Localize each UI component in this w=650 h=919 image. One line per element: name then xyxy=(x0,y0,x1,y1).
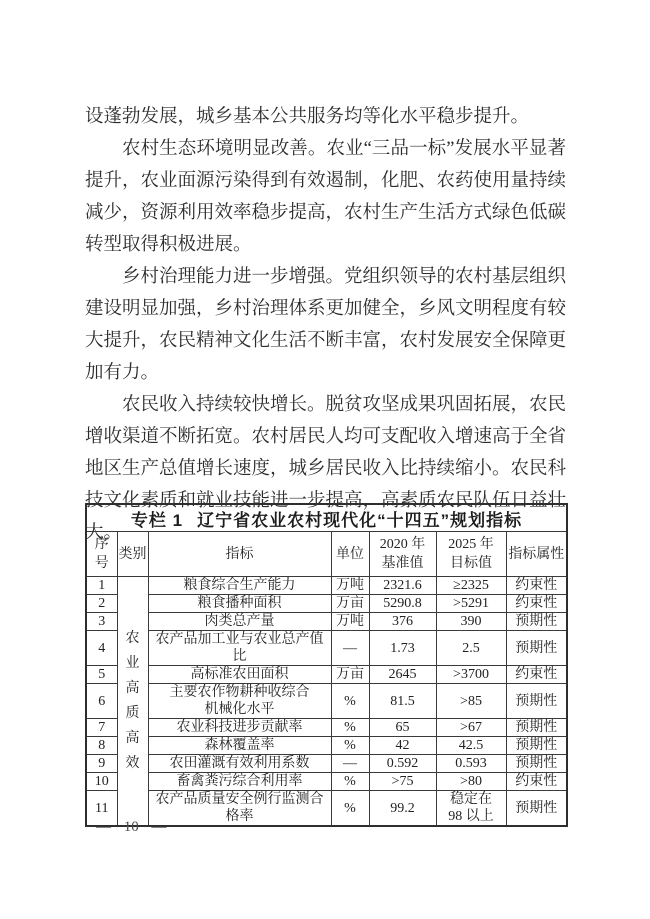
table-row: 6主要农作物耕种收综合机械化水平%81.5>85预期性 xyxy=(86,684,567,719)
cell-no: 8 xyxy=(86,737,117,755)
cell-attribute: 预期性 xyxy=(506,791,567,827)
cell-attribute: 约束性 xyxy=(506,773,567,791)
cell-no: 2 xyxy=(86,595,117,613)
cell-unit: % xyxy=(331,791,369,827)
table-body: 1农业高质高效粮食综合生产能力万吨2321.6≥2325约束性2粮食播种面积万亩… xyxy=(86,577,567,827)
cell-base-2020: 0.592 xyxy=(369,755,436,773)
cell-indicator: 肉类总产量 xyxy=(148,613,331,631)
cell-no: 7 xyxy=(86,719,117,737)
cell-no: 10 xyxy=(86,773,117,791)
cell-indicator: 粮食综合生产能力 xyxy=(148,577,331,595)
cell-unit: 万吨 xyxy=(331,613,369,631)
cell-base-2020: 42 xyxy=(369,737,436,755)
panel-title-row: 专栏 1辽宁省农业农村现代化“十四五”规划指标 xyxy=(86,504,567,532)
cell-base-2020: 2645 xyxy=(369,666,436,684)
cell-target-2025: >85 xyxy=(436,684,506,719)
cell-target-2025: 390 xyxy=(436,613,506,631)
indicator-panel: 专栏 1辽宁省农业农村现代化“十四五”规划指标 序号类别指标单位2020 年基准… xyxy=(85,503,566,827)
cell-attribute: 约束性 xyxy=(506,595,567,613)
cell-no: 3 xyxy=(86,613,117,631)
table-row: 9农田灌溉有效利用系数—0.5920.593预期性 xyxy=(86,755,567,773)
table-row: 7农业科技进步贡献率%65>67预期性 xyxy=(86,719,567,737)
cell-no: 5 xyxy=(86,666,117,684)
paragraph: 设蓬勃发展，城乡基本公共服务均等化水平稳步提升。 xyxy=(85,101,566,133)
cell-attribute: 预期性 xyxy=(506,755,567,773)
cell-indicator: 主要农作物耕种收综合机械化水平 xyxy=(148,684,331,719)
cell-unit: 万亩 xyxy=(331,595,369,613)
cell-unit: % xyxy=(331,684,369,719)
cell-target-2025: ≥2325 xyxy=(436,577,506,595)
column-header: 指标属性 xyxy=(506,532,567,577)
page-number: — 10 — xyxy=(96,819,167,836)
column-header: 2025 年目标值 xyxy=(436,532,506,577)
table-row: 10畜禽粪污综合利用率%>75>80约束性 xyxy=(86,773,567,791)
paragraph: 乡村治理能力进一步增强。党组织领导的农村基层组织建设明显加强，乡村治理体系更加健… xyxy=(85,261,566,389)
column-header: 2020 年基准值 xyxy=(369,532,436,577)
cell-target-2025: >3700 xyxy=(436,666,506,684)
column-header: 序号 xyxy=(86,532,117,577)
cell-target-2025: 2.5 xyxy=(436,631,506,666)
cell-attribute: 预期性 xyxy=(506,631,567,666)
cell-unit: 万亩 xyxy=(331,666,369,684)
cell-target-2025: >67 xyxy=(436,719,506,737)
cell-attribute: 预期性 xyxy=(506,684,567,719)
cell-base-2020: 5290.8 xyxy=(369,595,436,613)
body-text: 设蓬勃发展，城乡基本公共服务均等化水平稳步提升。 农村生态环境明显改善。农业“三… xyxy=(85,101,566,549)
table-row: 2粮食播种面积万亩5290.8>5291约束性 xyxy=(86,595,567,613)
cell-target-2025: 42.5 xyxy=(436,737,506,755)
column-header: 指标 xyxy=(148,532,331,577)
cell-indicator: 农田灌溉有效利用系数 xyxy=(148,755,331,773)
cell-attribute: 预期性 xyxy=(506,613,567,631)
category-cell: 农业高质高效 xyxy=(117,577,148,827)
cell-base-2020: >75 xyxy=(369,773,436,791)
cell-unit: — xyxy=(331,755,369,773)
cell-indicator: 农产品质量安全例行监测合格率 xyxy=(148,791,331,827)
cell-no: 9 xyxy=(86,755,117,773)
cell-indicator: 畜禽粪污综合利用率 xyxy=(148,773,331,791)
panel-title: 专栏 1辽宁省农业农村现代化“十四五”规划指标 xyxy=(86,504,567,532)
cell-unit: % xyxy=(331,773,369,791)
cell-base-2020: 2321.6 xyxy=(369,577,436,595)
table-row: 3肉类总产量万吨376390预期性 xyxy=(86,613,567,631)
paragraph: 农村生态环境明显改善。农业“三品一标”发展水平显著提升，农业面源污染得到有效遏制… xyxy=(85,133,566,261)
cell-indicator: 高标准农田面积 xyxy=(148,666,331,684)
cell-indicator: 森林覆盖率 xyxy=(148,737,331,755)
column-header: 类别 xyxy=(117,532,148,577)
cell-no: 1 xyxy=(86,577,117,595)
cell-target-2025: 稳定在98 以上 xyxy=(436,791,506,827)
cell-target-2025: >80 xyxy=(436,773,506,791)
table-row: 8森林覆盖率%4242.5预期性 xyxy=(86,737,567,755)
cell-no: 6 xyxy=(86,684,117,719)
cell-indicator: 农产品加工业与农业总产值比 xyxy=(148,631,331,666)
cell-attribute: 预期性 xyxy=(506,737,567,755)
cell-target-2025: 0.593 xyxy=(436,755,506,773)
cell-attribute: 预期性 xyxy=(506,719,567,737)
cell-base-2020: 99.2 xyxy=(369,791,436,827)
cell-unit: % xyxy=(331,737,369,755)
cell-base-2020: 81.5 xyxy=(369,684,436,719)
cell-unit: — xyxy=(331,631,369,666)
cell-base-2020: 1.73 xyxy=(369,631,436,666)
cell-target-2025: >5291 xyxy=(436,595,506,613)
table-header-row: 序号类别指标单位2020 年基准值2025 年目标值指标属性 xyxy=(86,532,567,577)
panel-title-label: 专栏 1 xyxy=(131,511,183,530)
cell-indicator: 粮食播种面积 xyxy=(148,595,331,613)
indicator-table: 专栏 1辽宁省农业农村现代化“十四五”规划指标 序号类别指标单位2020 年基准… xyxy=(85,503,568,827)
cell-attribute: 约束性 xyxy=(506,577,567,595)
cell-no: 4 xyxy=(86,631,117,666)
cell-base-2020: 376 xyxy=(369,613,436,631)
cell-unit: 万吨 xyxy=(331,577,369,595)
document-page: 设蓬勃发展，城乡基本公共服务均等化水平稳步提升。 农村生态环境明显改善。农业“三… xyxy=(0,0,650,919)
cell-unit: % xyxy=(331,719,369,737)
cell-indicator: 农业科技进步贡献率 xyxy=(148,719,331,737)
table-row: 5高标准农田面积万亩2645>3700约束性 xyxy=(86,666,567,684)
cell-base-2020: 65 xyxy=(369,719,436,737)
column-header: 单位 xyxy=(331,532,369,577)
panel-title-text: 辽宁省农业农村现代化“十四五”规划指标 xyxy=(197,511,522,530)
cell-attribute: 约束性 xyxy=(506,666,567,684)
table-row: 4农产品加工业与农业总产值比—1.732.5预期性 xyxy=(86,631,567,666)
table-row: 1农业高质高效粮食综合生产能力万吨2321.6≥2325约束性 xyxy=(86,577,567,595)
